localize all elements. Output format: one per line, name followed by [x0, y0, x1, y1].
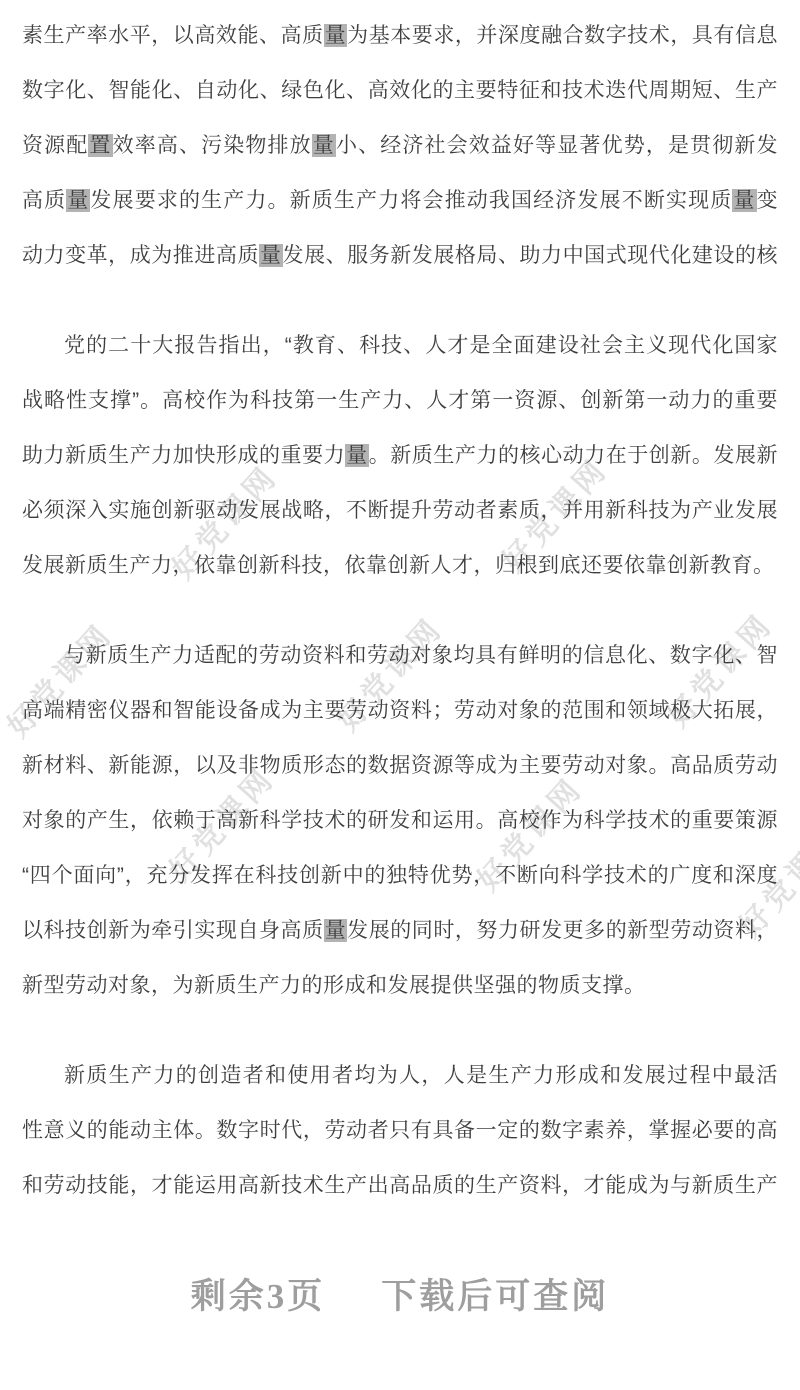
- text-line: 高端精密仪器和智能设备成为主要劳动资料；劳动对象的范围和领域极大拓展，物质形态的: [22, 683, 778, 738]
- paragraph: 新质生产力的创造者和使用者均为人，人是生产力形成和发展过程中最活跃、最具决定 性…: [22, 1048, 778, 1213]
- text-line: 党的二十大报告指出，“教育、科技、人才是全面建设社会主义现代化国家的基础性、: [22, 318, 778, 373]
- protected-char-highlight: 量: [66, 189, 90, 212]
- text-line: 性意义的能动主体。数字时代，劳动者只有具备一定的数字素养，掌握必要的高新科技知识: [22, 1103, 778, 1158]
- text-line: 数字化、智能化、自动化、绿色化、高效化的主要特征和技术迭代周期短、生产要素投入少…: [22, 63, 778, 118]
- protected-char-highlight: 量: [259, 244, 283, 267]
- text-line: 新质生产力的创造者和使用者均为人，人是生产力形成和发展过程中最活跃、最具决定: [22, 1048, 778, 1103]
- protected-char-highlight: 置: [88, 134, 112, 157]
- text-line: 以科技创新为牵引实现自身高质量发展的同时，努力研发更多的新型劳动资料，发现更多的: [22, 903, 778, 958]
- protected-char-highlight: 量: [732, 189, 756, 212]
- text-line: 资源配置效率高、污染物排放量小、经济社会效益好等显著优势，是贯彻新发展理念、符合: [22, 118, 778, 173]
- paragraph: 与新质生产力适配的劳动资料和劳动对象均具有鲜明的信息化、数字化、智能化属性。 高…: [22, 628, 778, 1013]
- text-line: 高质量发展要求的生产力。新质生产力将会推动我国经济发展不断实现质量变革、效率变革…: [22, 173, 778, 228]
- text-line: 战略性支撑”。高校作为科技第一生产力、人才第一资源、创新第一动力的重要结合点，是: [22, 373, 778, 428]
- text-line: 必须深入实施创新驱动发展战略，不断提升劳动者素质，并用新科技为产业发展赋能。因此…: [22, 483, 778, 538]
- paragraph: 党的二十大报告指出，“教育、科技、人才是全面建设社会主义现代化国家的基础性、 战…: [22, 318, 778, 593]
- document-preview-page: 好党课网好党课网好党课网好党课网好党课网好党课网好党课网好党课网 素生产率水平，…: [0, 0, 800, 1390]
- text-line: 与新质生产力适配的劳动资料和劳动对象均具有鲜明的信息化、数字化、智能化属性。: [22, 628, 778, 683]
- paragraph: 素生产率水平，以高效能、高质量为基本要求，并深度融合数字技术，具有信息化、网络化…: [22, 8, 778, 283]
- text-line: “四个面向”，充分发挥在科技创新中的独特优势，不断向科学技术的广度和深度进军，在: [22, 848, 778, 903]
- text-line: 和劳动技能，才能运用高新技术生产出高品质的生产资料，才能成为与新质生产力发展水平: [22, 1158, 778, 1213]
- text-line: 对象的产生，依赖于高新科学技术的研发和运用。高校作为科学技术的重要策源地，应坚持: [22, 793, 778, 848]
- protected-char-highlight: 量: [345, 444, 369, 467]
- text-line: 发展新质生产力，依靠创新科技，依靠创新人才，归根到底还要依靠创新教育。: [22, 538, 778, 593]
- document-body: 素生产率水平，以高效能、高质量为基本要求，并深度融合数字技术，具有信息化、网络化…: [22, 8, 778, 1319]
- protected-char-highlight: 量: [324, 919, 348, 942]
- text-line: 新材料、新能源，以及非物质形态的数据资源等成为主要劳动对象。高品质劳动资料和劳动: [22, 738, 778, 793]
- remaining-pages-label: 剩余3页: [191, 1277, 326, 1316]
- download-hint-label: 下载后可查阅: [381, 1277, 609, 1316]
- protected-char-highlight: 量: [324, 24, 348, 47]
- text-line: 助力新质生产力加快形成的重要力量。新质生产力的核心动力在于创新。发展新质生产力，: [22, 428, 778, 483]
- text-line: 动力变革，成为推进高质量发展、服务新发展格局、助力中国式现代化建设的核心力量。: [22, 228, 778, 283]
- text-line: 新型劳动对象，为新质生产力的形成和发展提供坚强的物质支撑。: [22, 958, 778, 1013]
- footer-notice: 剩余3页下载后可查阅: [22, 1269, 778, 1319]
- text-line: 素生产率水平，以高效能、高质量为基本要求，并深度融合数字技术，具有信息化、网络化…: [22, 8, 778, 63]
- protected-char-highlight: 量: [312, 134, 336, 157]
